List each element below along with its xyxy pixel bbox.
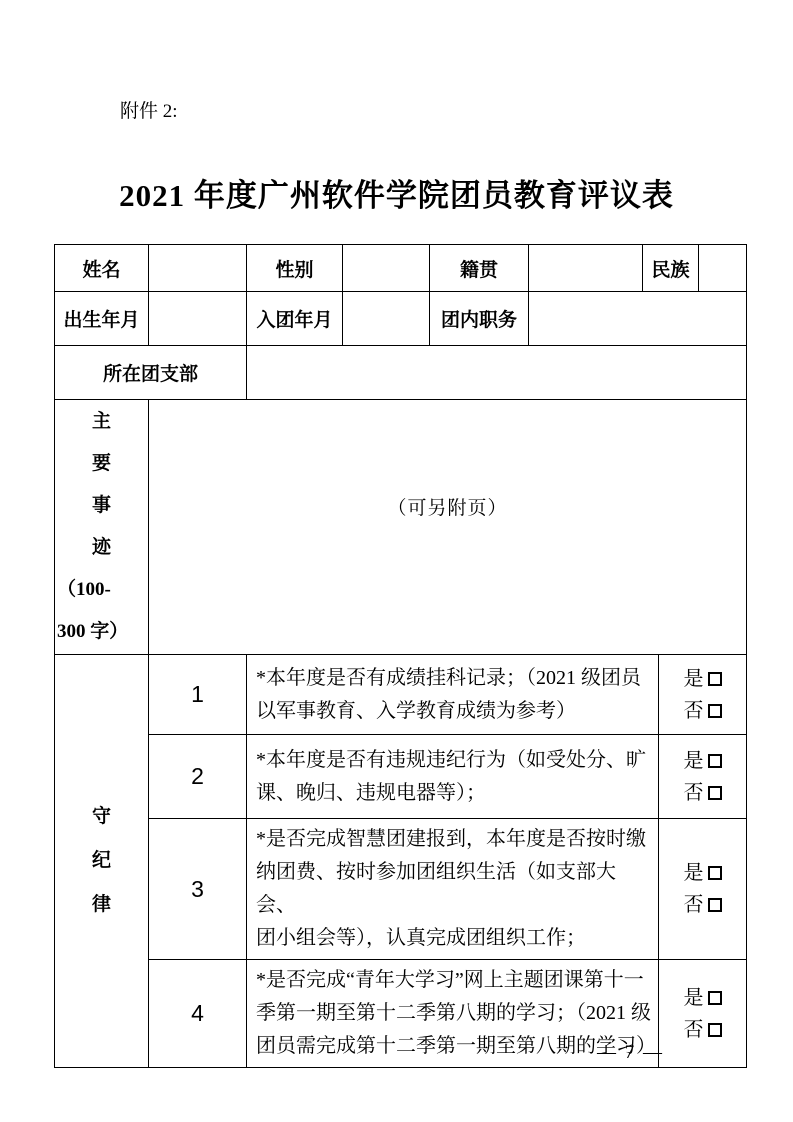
no-option[interactable]: 否: [659, 1017, 746, 1043]
yes-option[interactable]: 是: [659, 748, 746, 774]
discipline-row: 2 *本年度是否有违规违纪行为（如受处分、旷 课、晚归、违规电器等）； 是 否: [55, 735, 747, 819]
row-identity: 姓名 性别 籍贯 民族: [55, 245, 747, 292]
main-deeds-value-cell[interactable]: （可另附页）: [149, 400, 747, 655]
row-branch: 所在团支部: [55, 346, 747, 400]
no-label: 否: [684, 782, 704, 804]
item-number: 2: [149, 735, 247, 819]
league-branch-label: 所在团支部: [55, 346, 247, 400]
main-deeds-label-line: （100-: [55, 569, 148, 611]
yes-no-cell: 是 否: [659, 960, 747, 1068]
ethnicity-value-cell[interactable]: [699, 245, 747, 292]
page-number: — 7 —: [597, 1042, 664, 1064]
yes-label: 是: [684, 862, 704, 884]
no-checkbox[interactable]: [708, 704, 722, 718]
row-dates: 出生年月 入团年月 团内职务: [55, 292, 747, 346]
yes-checkbox[interactable]: [708, 991, 722, 1005]
ethnicity-label: 民族: [643, 245, 699, 292]
no-checkbox[interactable]: [708, 786, 722, 800]
discipline-section-char: 守: [55, 795, 148, 839]
yes-label: 是: [684, 668, 704, 690]
item-question: *是否完成智慧团建报到，本年度是否按时缴 纳团费、按时参加团组织生活（如支部大会…: [247, 819, 659, 960]
yes-no-cell: 是 否: [659, 819, 747, 960]
join-league-date-value-cell[interactable]: [343, 292, 430, 346]
no-option[interactable]: 否: [659, 698, 746, 724]
no-label: 否: [684, 894, 704, 916]
basic-info-table: 姓名 性别 籍贯 民族 出生年月 入团年月 团内职务 所在团支部: [54, 244, 747, 655]
league-branch-value-cell[interactable]: [247, 346, 747, 400]
gender-label: 性别: [247, 245, 343, 292]
document-page: 附件 2: 2021 年度广州软件学院团员教育评议表 姓名 性别 籍贯 民族 出…: [0, 0, 793, 1122]
no-label: 否: [684, 700, 704, 722]
gender-value-cell[interactable]: [343, 245, 430, 292]
yes-no-cell: 是 否: [659, 655, 747, 735]
row-main-deeds: 主 要 事 迹 （100- 300 字） （可另附页）: [55, 400, 747, 655]
no-checkbox[interactable]: [708, 898, 722, 912]
no-option[interactable]: 否: [659, 892, 746, 918]
item-number: 1: [149, 655, 247, 735]
item-question: *本年度是否有违规违纪行为（如受处分、旷 课、晚归、违规电器等）；: [247, 735, 659, 819]
yes-option[interactable]: 是: [659, 860, 746, 886]
league-position-value-cell[interactable]: [529, 292, 747, 346]
discipline-section-char: 律: [55, 883, 148, 927]
discipline-table: 守 纪 律 1 *本年度是否有成绩挂科记录；（2021 级团员 以军事教育、入学…: [54, 654, 747, 1068]
discipline-section-label: 守 纪 律: [55, 655, 149, 1068]
no-option[interactable]: 否: [659, 780, 746, 806]
yes-option[interactable]: 是: [659, 985, 746, 1011]
yes-no-cell: 是 否: [659, 735, 747, 819]
birth-date-value-cell[interactable]: [149, 292, 247, 346]
main-deeds-label: 主 要 事 迹 （100- 300 字）: [55, 400, 149, 655]
yes-checkbox[interactable]: [708, 672, 722, 686]
join-league-date-label: 入团年月: [247, 292, 343, 346]
birth-date-label: 出生年月: [55, 292, 149, 346]
main-deeds-label-line: 要: [55, 443, 148, 485]
attach-page-note: （可另附页）: [387, 498, 507, 519]
league-position-label: 团内职务: [430, 292, 529, 346]
name-value-cell[interactable]: [149, 245, 247, 292]
yes-label: 是: [684, 750, 704, 772]
item-question: *本年度是否有成绩挂科记录；（2021 级团员 以军事教育、入学教育成绩为参考）: [247, 655, 659, 735]
native-place-label: 籍贯: [430, 245, 529, 292]
attachment-label: 附件 2:: [120, 96, 178, 123]
native-place-value-cell[interactable]: [529, 245, 643, 292]
evaluation-form: 姓名 性别 籍贯 民族 出生年月 入团年月 团内职务 所在团支部: [54, 244, 746, 1068]
yes-checkbox[interactable]: [708, 866, 722, 880]
page-title: 2021 年度广州软件学院团员教育评议表: [0, 170, 793, 215]
name-label: 姓名: [55, 245, 149, 292]
main-deeds-label-line: 主: [55, 401, 148, 443]
item-number: 4: [149, 960, 247, 1068]
no-label: 否: [684, 1019, 704, 1041]
discipline-row: 3 *是否完成智慧团建报到，本年度是否按时缴 纳团费、按时参加团组织生活（如支部…: [55, 819, 747, 960]
main-deeds-label-line: 事: [55, 485, 148, 527]
no-checkbox[interactable]: [708, 1023, 722, 1037]
discipline-section-char: 纪: [55, 839, 148, 883]
main-deeds-label-line: 300 字）: [55, 611, 148, 653]
discipline-row: 守 纪 律 1 *本年度是否有成绩挂科记录；（2021 级团员 以军事教育、入学…: [55, 655, 747, 735]
yes-option[interactable]: 是: [659, 666, 746, 692]
item-number: 3: [149, 819, 247, 960]
yes-checkbox[interactable]: [708, 754, 722, 768]
yes-label: 是: [684, 987, 704, 1009]
main-deeds-label-line: 迹: [55, 527, 148, 569]
